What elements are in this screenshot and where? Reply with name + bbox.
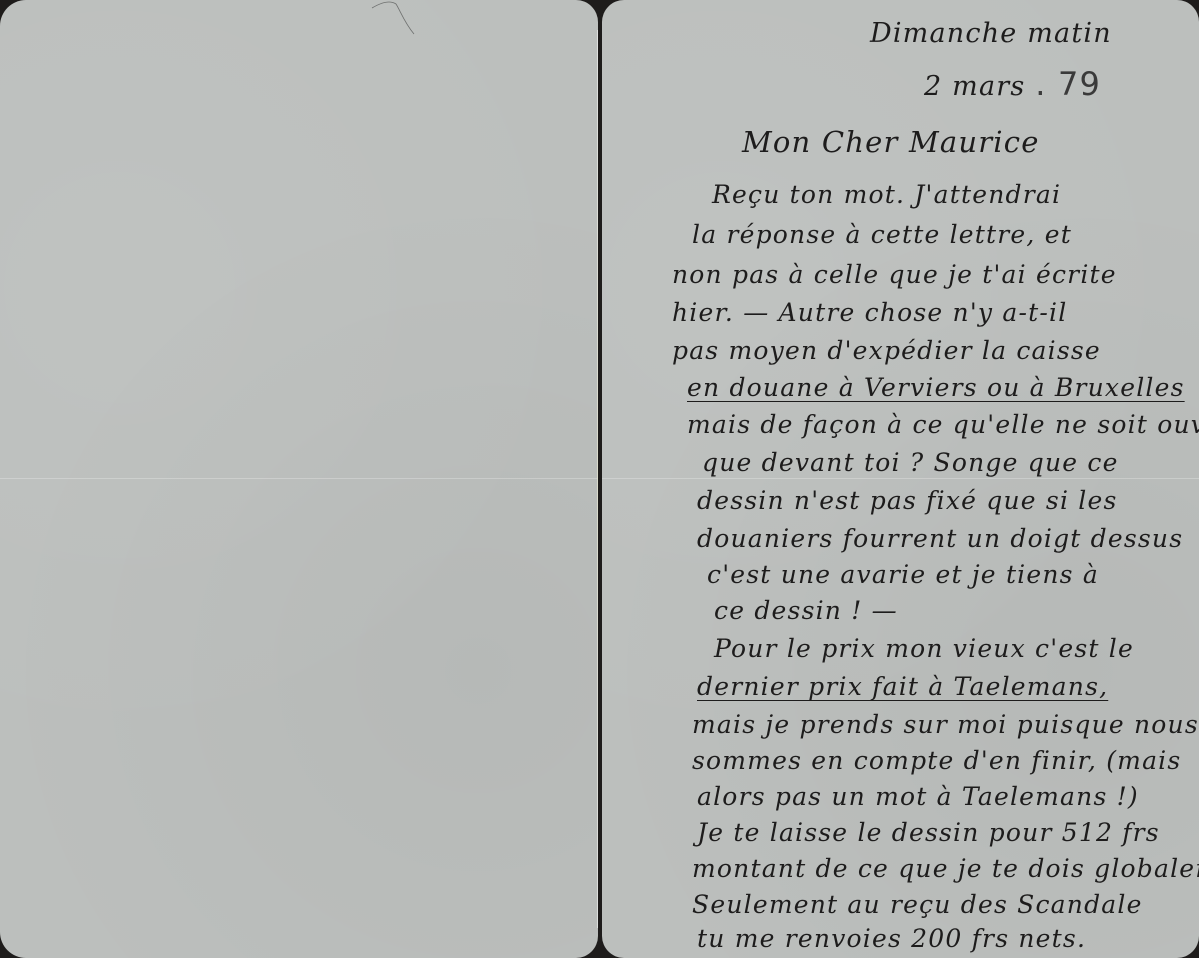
letter-line: Je te laisse le dessin pour 512 frs <box>697 820 1160 845</box>
letter-line: dessin n'est pas fixé que si les <box>697 488 1118 513</box>
letter-line: Seulement au reçu des Scandale <box>692 892 1143 917</box>
left-page-blank <box>0 0 598 958</box>
letter-line: mais de façon à ce qu'elle ne soit ouver… <box>687 412 1199 437</box>
dateline-date-text: 2 mars <box>924 71 1025 102</box>
letter-line: Pour le prix mon vieux c'est le <box>714 636 1134 661</box>
letter-line: ce dessin ! — <box>714 598 898 623</box>
right-page-letter: Dimanche matin 2 mars . 79 Mon Cher Maur… <box>602 0 1199 958</box>
letter-line: pas moyen d'expédier la caisse <box>672 338 1101 363</box>
dateline-date: 2 mars . 79 <box>924 68 1101 100</box>
letter-line: en douane à Verviers ou à Bruxelles <box>687 375 1185 400</box>
letter-line: hier. — Autre chose n'y a-t-il <box>672 300 1067 325</box>
letter-line: tu me renvoies 200 frs nets. <box>697 926 1086 951</box>
letter-line: non pas à celle que je t'ai écrite <box>672 262 1117 287</box>
letter-line: c'est une avarie et je tiens à <box>707 562 1099 587</box>
letter-line: mais je prends sur moi puisque nous <box>692 712 1199 737</box>
letter-line: alors pas un mot à Taelemans !) <box>697 784 1139 809</box>
letter-line: que devant toi ? Songe que ce <box>702 450 1119 475</box>
dateline-day: Dimanche matin <box>870 20 1112 47</box>
center-crease <box>597 30 598 928</box>
letter-line: douaniers fourrent un doigt dessus <box>697 526 1183 551</box>
letter-line: dernier prix fait à Taelemans, <box>697 674 1108 699</box>
letter-body: Dimanche matin 2 mars . 79 Mon Cher Maur… <box>602 0 1199 958</box>
hair-fiber-mark <box>370 0 430 50</box>
letter-line: sommes en compte d'en finir, (mais <box>692 748 1181 773</box>
fold-line <box>0 478 598 479</box>
letter-spread: Dimanche matin 2 mars . 79 Mon Cher Maur… <box>0 0 1199 958</box>
letter-line: montant de ce que je te dois globalement… <box>692 856 1199 881</box>
dateline-year: . 79 <box>1035 65 1101 103</box>
letter-line: Reçu ton mot. J'attendrai <box>712 182 1061 207</box>
salutation: Mon Cher Maurice <box>742 128 1040 157</box>
letter-line: la réponse à cette lettre, et <box>692 222 1072 247</box>
